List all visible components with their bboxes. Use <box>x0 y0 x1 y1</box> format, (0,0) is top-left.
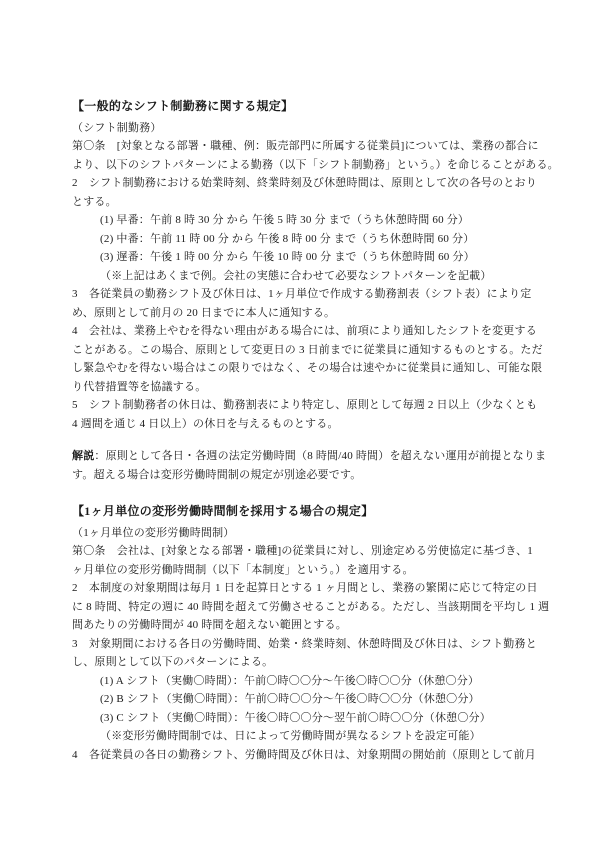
note-line: （※変形労働時間制では、日によって労働時間が異なるシフトを設定可能） <box>72 727 523 746</box>
text-line: 4 各従業員の各日の勤務シフト、労働時間及び休日は、対象期間の開始前（原則として… <box>72 746 523 765</box>
text-line: （シフト制勤務） <box>72 119 523 138</box>
text-line: 第〇条 [対象となる部署・職種、例：販売部門に所属する従業員]については、業務の… <box>72 137 523 156</box>
commentary-line: 解説：原則として各日・各週の法定労働時間（8 時間/40 時間）を超えない運用が… <box>72 447 523 466</box>
text-line: 3 各従業員の勤務シフト及び休日は、1ヶ月単位で作成する勤務割表（シフト表）によ… <box>72 285 523 304</box>
section2-heading: 【1ヶ月単位の変形労働時間制を採用する場合の規定】 <box>72 502 523 521</box>
shift-pattern-item: (3) C シフト（実働〇時間）：午後〇時〇〇分～翌午前〇時〇〇分（休憩〇分） <box>72 709 523 728</box>
shift-pattern-item: (2) B シフト（実働〇時間）：午前〇時〇〇分～午後〇時〇〇分（休憩〇分） <box>72 690 523 709</box>
shift-pattern-item: (1) 早番：午前 8 時 30 分 から 午後 5 時 30 分 まで（うち休… <box>72 211 523 230</box>
text-line: ことがある。この場合、原則として変更日の 3 日前までに従業員に通知するものとす… <box>72 341 523 360</box>
text-line: （1ヶ月単位の変形労働時間制） <box>72 524 523 543</box>
text-line: し緊急やむを得ない場合はこの限りではなく、その場合は速やかに従業員に通知し、可能… <box>72 359 523 378</box>
section-general-shift-rules: 【一般的なシフト制勤務に関する規定】 （シフト制勤務） 第〇条 [対象となる部署… <box>72 97 523 433</box>
text-line: に 8 時間、特定の週に 40 時間を超えて労働させることがある。ただし、当該期… <box>72 598 523 617</box>
shift-pattern-item: (1) A シフト（実働〇時間）：午前〇時〇〇分～午後〇時〇〇分（休憩〇分） <box>72 672 523 691</box>
text-line: し、原則として以下のパターンによる。 <box>72 653 523 672</box>
commentary-block: 解説：原則として各日・各週の法定労働時間（8 時間/40 時間）を超えない運用が… <box>72 447 523 484</box>
shift-pattern-item: (3) 遅番：午後 1 時 00 分 から 午後 10 時 00 分 まで（うち… <box>72 248 523 267</box>
text-line: とする。 <box>72 193 523 212</box>
text-line: り代替措置等を協議する。 <box>72 378 523 397</box>
shift-pattern-item: (2) 中番：午前 11 時 00 分 から 午後 8 時 00 分 まで（うち… <box>72 230 523 249</box>
commentary-line: す。超える場合は変形労働時間制の規定が別途必要です。 <box>72 466 523 485</box>
commentary-text: ：原則として各日・各週の法定労働時間（8 時間/40 時間）を超えない運用が前提… <box>94 450 546 462</box>
text-line: 間あたりの労働時間が 40 時間を超えない範囲とする。 <box>72 616 523 635</box>
text-line: 2 本制度の対象期間は毎月 1 日を起算日とする 1 ヶ月間とし、業務の繁閑に応… <box>72 579 523 598</box>
text-line: 4 会社は、業務上やむを得ない理由がある場合には、前項により通知したシフトを変更… <box>72 322 523 341</box>
document-page: 【一般的なシフト制勤務に関する規定】 （シフト制勤務） 第〇条 [対象となる部署… <box>0 0 595 841</box>
section-monthly-variable-hours: 【1ヶ月単位の変形労働時間制を採用する場合の規定】 （1ヶ月単位の変形労働時間制… <box>72 502 523 764</box>
text-line: 2 シフト制勤務における始業時刻、終業時刻及び休憩時間は、原則として次の各号のと… <box>72 174 523 193</box>
text-line: 5 シフト制勤務者の休日は、勤務割表により特定し、原則として毎週 2 日以上（少… <box>72 396 523 415</box>
section1-heading: 【一般的なシフト制勤務に関する規定】 <box>72 97 523 116</box>
text-line: ヶ月単位の変形労働時間制（以下「本制度」という。）を適用する。 <box>72 561 523 580</box>
text-line: より、以下のシフトパターンによる勤務（以下「シフト制勤務」という。）を命じること… <box>72 156 523 175</box>
note-line: （※上記はあくまで例。会社の実態に合わせて必要なシフトパターンを記載） <box>72 267 523 286</box>
text-line: め、原則として前月の 20 日までに本人に通知する。 <box>72 304 523 323</box>
text-line: 第〇条 会社は、[対象となる部署・職種]の従業員に対し、別途定める労使協定に基づ… <box>72 542 523 561</box>
text-line: 3 対象期間における各日の労働時間、始業・終業時刻、休憩時間及び休日は、シフト勤… <box>72 635 523 654</box>
commentary-label: 解説 <box>72 450 94 462</box>
text-line: 4 週間を通じ 4 日以上）の休日を与えるものとする。 <box>72 415 523 434</box>
